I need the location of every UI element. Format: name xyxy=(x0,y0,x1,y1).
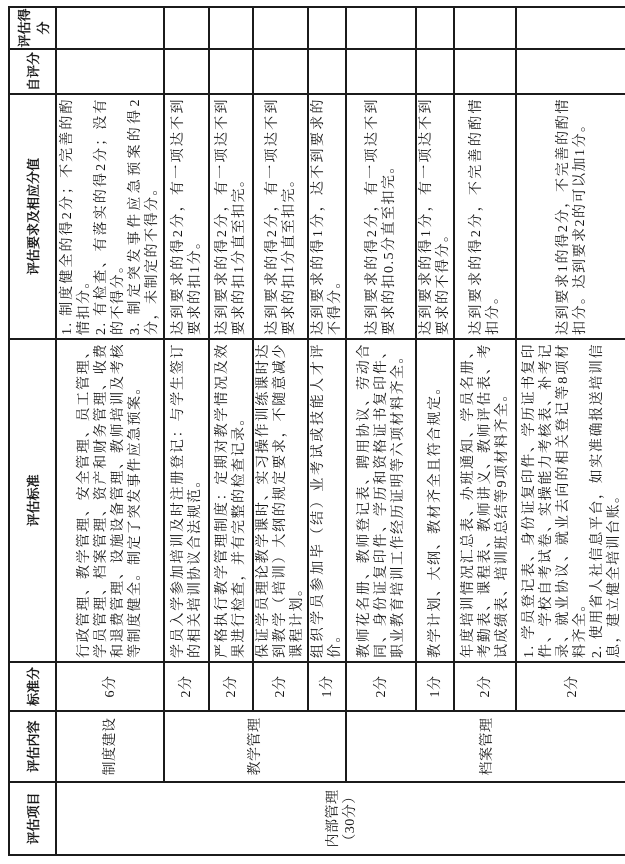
self-score-cell xyxy=(416,49,454,94)
requirement-cell: 达到要求的得2分，有一项达不到要求的扣1分。 xyxy=(164,94,209,339)
self-score-cell xyxy=(56,49,164,94)
requirement-cell: 达到要求的得2分，不完善的酌情扣分。 xyxy=(454,94,516,339)
eval-score-cell xyxy=(346,7,416,49)
score-cell: 2分 xyxy=(346,662,416,711)
eval-score-cell xyxy=(56,7,164,49)
score-cell: 1分 xyxy=(416,662,454,711)
header-requirement: 评估要求及相应分值 xyxy=(9,94,56,339)
header-self-score: 自评分 xyxy=(9,49,56,94)
eval-score-cell xyxy=(516,7,625,49)
standard-cell: 1. 学员登记表、身份证复印件、学历证书复印件、学校自考试卷、实操能力考核表、补… xyxy=(516,339,625,662)
score-cell: 1分 xyxy=(308,662,346,711)
header-eval-score: 评估得分 xyxy=(9,7,56,49)
score-cell: 6分 xyxy=(56,662,164,711)
standard-cell: 教师花名册、教师登记表、聘用协议、劳动合同、身份证复印件、学历和资格证书复印件、… xyxy=(346,339,416,662)
self-score-cell xyxy=(454,49,516,94)
score-cell: 2分 xyxy=(516,662,625,711)
table-row: 教学管理 2分 学员入学参加培训及时注册登记：与学生签订的相关培训协议合法规范。… xyxy=(164,7,209,855)
rotated-sheet: 评估项目 评估内容 标准分 评估标准 评估要求及相应分值 自评分 评估得分 内部… xyxy=(8,8,619,856)
requirement-cell: 1. 制度健全的得2分；不完善的酌情扣分。 2. 有检查、有落实的得2分；没有的… xyxy=(56,94,164,339)
evaluation-table: 评估项目 评估内容 标准分 评估标准 评估要求及相应分值 自评分 评估得分 内部… xyxy=(8,6,625,856)
table-row: 内部管理 （30分） 制度建设 6分 行政管理、教学管理、安全管理、员工管理、学… xyxy=(56,7,164,855)
scanned-form-page: 评估项目 评估内容 标准分 评估标准 评估要求及相应分值 自评分 评估得分 内部… xyxy=(0,0,625,864)
requirement-cell: 达到要求1的得2分，不完善的酌情扣分。达到要求2的可以加1分。 xyxy=(516,94,625,339)
standard-cell: 严格执行教学管理制度：定期对教学情况及效果进行检查，并有完整的检查记录。 xyxy=(209,339,253,662)
requirement-cell: 达到要求的得2分，有一项达不到要求的扣1分直至扣完。 xyxy=(253,94,308,339)
standard-cell: 保证学员理论教学课时、实习操作训练课时达到教学（培训）大纲的规定要求，不随意减少… xyxy=(253,339,308,662)
eval-score-cell xyxy=(308,7,346,49)
self-score-cell xyxy=(164,49,209,94)
eval-score-cell xyxy=(164,7,209,49)
requirement-cell: 达到要求的得2分，有一项达不到要求的扣1分直至扣完。 xyxy=(209,94,253,339)
self-score-cell xyxy=(308,49,346,94)
standard-cell: 教学计划、大纲、教材齐全且符合规定。 xyxy=(416,339,454,662)
header-standard: 评估标准 xyxy=(9,339,56,662)
table-header-row: 评估项目 评估内容 标准分 评估标准 评估要求及相应分值 自评分 评估得分 xyxy=(9,7,56,855)
standard-cell: 年度培训情况汇总表、办班通知、学员名册、考勤表、课程表、教师讲义、教师评估表、考… xyxy=(454,339,516,662)
content-cell: 教学管理 xyxy=(164,711,346,782)
self-score-cell xyxy=(346,49,416,94)
header-score: 标准分 xyxy=(9,662,56,711)
self-score-cell xyxy=(516,49,625,94)
table-row: 档案管理 2分 教师花名册、教师登记表、聘用协议、劳动合同、身份证复印件、学历和… xyxy=(346,7,416,855)
content-cell: 档案管理 xyxy=(346,711,625,782)
score-cell: 2分 xyxy=(454,662,516,711)
project-cell: 内部管理 （30分） xyxy=(56,782,625,855)
eval-score-cell xyxy=(416,7,454,49)
eval-score-cell xyxy=(253,7,308,49)
standard-cell: 学员入学参加培训及时注册登记：与学生签订的相关培训协议合法规范。 xyxy=(164,339,209,662)
score-cell: 2分 xyxy=(164,662,209,711)
self-score-cell xyxy=(209,49,253,94)
standard-cell: 组织学员参加毕（结）业考试或技能人才评价。 xyxy=(308,339,346,662)
requirement-cell: 达到要求的得2分，有一项达不到要求的扣0.5分直至扣完。 xyxy=(346,94,416,339)
header-content: 评估内容 xyxy=(9,711,56,782)
content-cell: 制度建设 xyxy=(56,711,164,782)
requirement-cell: 达到要求的得1分，达不到要求的不得分。 xyxy=(308,94,346,339)
eval-score-cell xyxy=(454,7,516,49)
score-cell: 2分 xyxy=(209,662,253,711)
standard-cell: 行政管理、教学管理、安全管理、员工管理、学员管理、档案管理、资产和财务管理、收费… xyxy=(56,339,164,662)
requirement-cell: 达到要求的得1分，有一项达不到要求的不得分。 xyxy=(416,94,454,339)
self-score-cell xyxy=(253,49,308,94)
eval-score-cell xyxy=(209,7,253,49)
header-project: 评估项目 xyxy=(9,782,56,855)
score-cell: 2分 xyxy=(253,662,308,711)
